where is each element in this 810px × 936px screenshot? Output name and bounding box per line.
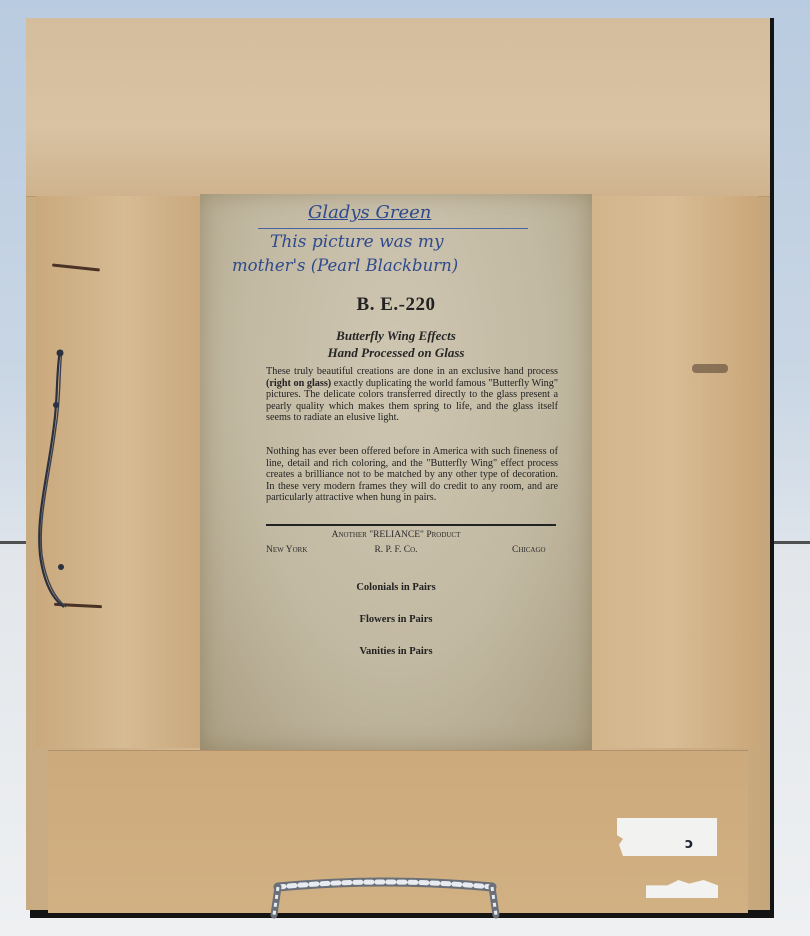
emphasis-text: (right on glass) bbox=[266, 378, 331, 389]
maker-line: Another "RELIANCE" Product bbox=[200, 530, 592, 540]
city-right: Chicago bbox=[512, 545, 546, 555]
divider bbox=[266, 524, 556, 526]
torn-sticker: ɔ bbox=[617, 818, 717, 856]
easel-stand bbox=[268, 875, 502, 925]
stain bbox=[692, 364, 728, 373]
pairs-item: Vanities in Pairs bbox=[200, 646, 592, 657]
hanging-wire bbox=[34, 345, 74, 610]
paper-top-band bbox=[26, 18, 770, 197]
handwritten-underline bbox=[258, 228, 528, 229]
product-subtitle: Butterfly Wing Effects bbox=[200, 328, 592, 344]
sticker-mark: ɔ bbox=[685, 836, 693, 852]
handwritten-note-line2: mother's (Pearl Blackburn) bbox=[232, 256, 458, 275]
handwritten-name: Gladys Green bbox=[308, 202, 431, 223]
paragraph-text: These truly beautiful creations are done… bbox=[266, 366, 558, 377]
pairs-item: Flowers in Pairs bbox=[200, 614, 592, 625]
product-code: B. E.-220 bbox=[200, 294, 592, 316]
product-subtitle-2: Hand Processed on Glass bbox=[200, 345, 592, 361]
handwritten-note-line1: This picture was my bbox=[270, 232, 444, 252]
paper-right-band bbox=[586, 196, 758, 748]
pairs-item: Colonials in Pairs bbox=[200, 582, 592, 593]
product-label: Gladys Green This picture was my mother'… bbox=[200, 194, 592, 750]
description-paragraph-1: These truly beautiful creations are done… bbox=[266, 366, 558, 424]
description-paragraph-2: Nothing has ever been offered before in … bbox=[266, 446, 558, 504]
